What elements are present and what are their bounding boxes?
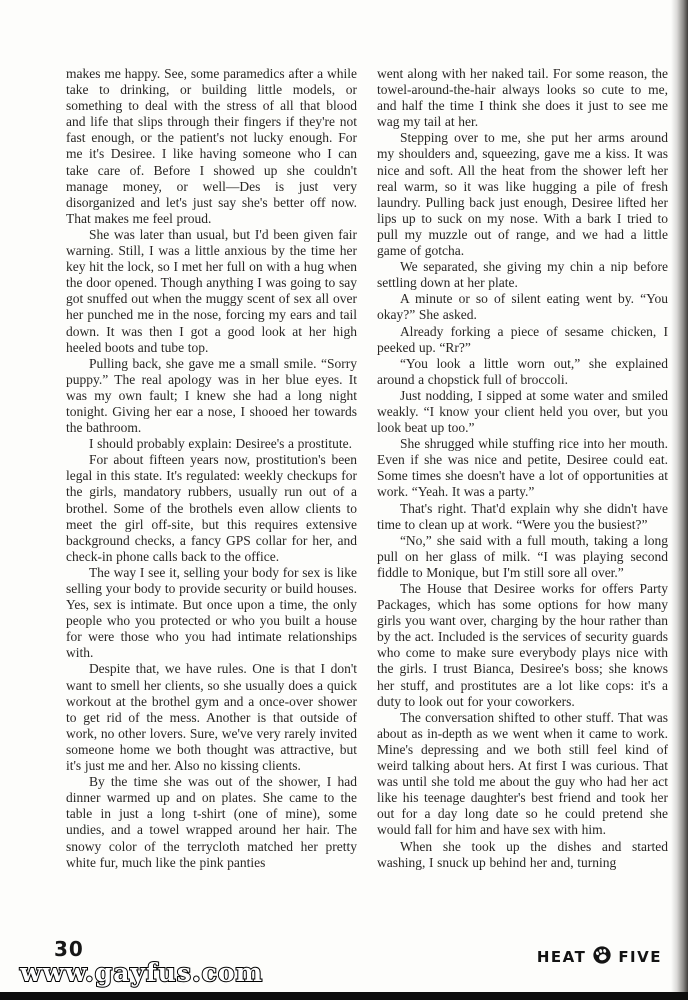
paragraph: We separated, she giving my chin a nip b… <box>377 259 668 291</box>
paragraph: “You look a little worn out,” she explai… <box>377 356 668 388</box>
paragraph: The House that Desiree works for offers … <box>377 581 668 710</box>
text-column-left: makes me happy. See, some paramedics aft… <box>66 66 357 871</box>
paragraph: Stepping over to me, she put her arms ar… <box>377 130 668 259</box>
paragraph: makes me happy. See, some paramedics aft… <box>66 66 357 227</box>
footer-brand-five: FIVE <box>618 948 662 966</box>
scanned-book-page: makes me happy. See, some paramedics aft… <box>0 0 688 1000</box>
paragraph: “No,” she said with a full mouth, taking… <box>377 533 668 581</box>
paragraph: Just nodding, I sipped at some water and… <box>377 388 668 436</box>
paragraph: That's right. That'd explain why she did… <box>377 501 668 533</box>
paw-icon <box>593 946 611 968</box>
paragraph: Already forking a piece of sesame chicke… <box>377 324 668 356</box>
paragraph: For about fifteen years now, prostitutio… <box>66 452 357 565</box>
watermark: www.gayfus.com <box>20 958 263 987</box>
bottom-border <box>0 992 688 1000</box>
text-column-right: went along with her naked tail. For some… <box>377 66 668 871</box>
paragraph: When she took up the dishes and started … <box>377 839 668 871</box>
paragraph: I should probably explain: Desiree's a p… <box>66 436 357 452</box>
paragraph: She was later than usual, but I'd been g… <box>66 227 357 356</box>
footer-brand-heat: HEAT <box>537 948 586 966</box>
paragraph: By the time she was out of the shower, I… <box>66 774 357 871</box>
footer-brand: HEAT FIVE <box>537 946 662 968</box>
paragraph: The way I see it, selling your body for … <box>66 565 357 662</box>
paragraph: Pulling back, she gave me a small smile.… <box>66 356 357 436</box>
paragraph: A minute or so of silent eating went by.… <box>377 291 668 323</box>
paragraph: She shrugged while stuffing rice into he… <box>377 436 668 500</box>
paragraph: Despite that, we have rules. One is that… <box>66 661 357 774</box>
paragraph: went along with her naked tail. For some… <box>377 66 668 130</box>
page-edge-shadow <box>671 0 688 1000</box>
paragraph: The conversation shifted to other stuff.… <box>377 710 668 839</box>
